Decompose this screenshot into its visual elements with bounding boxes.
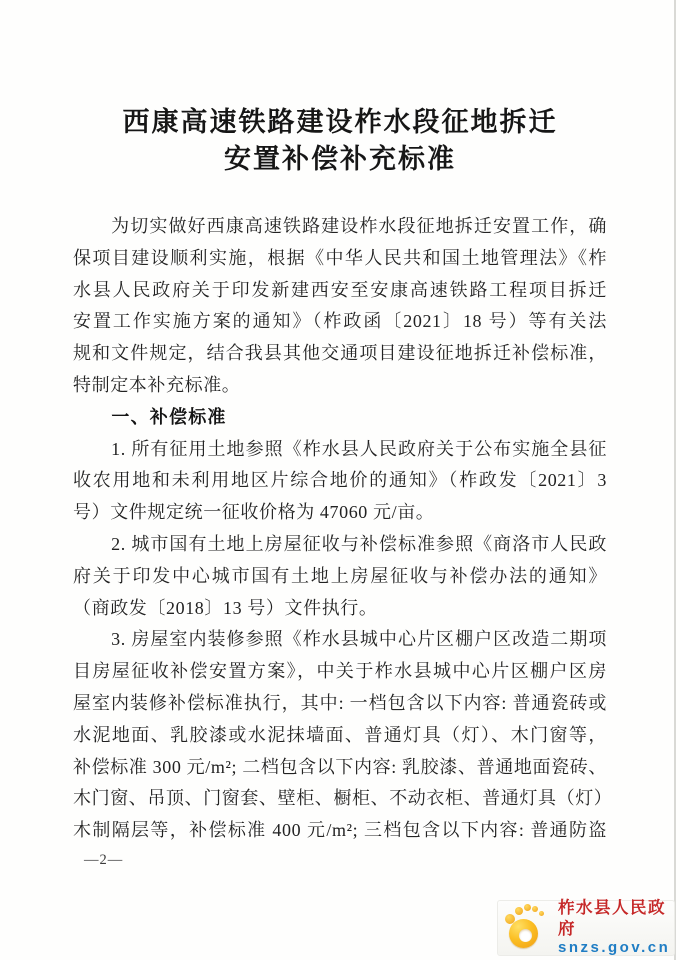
scanned-document-page: 西康高速铁路建设柞水段征地拆迁安置补偿补充标准 为切实做好西康高速铁路建设柞水段… (0, 0, 680, 960)
body-line: 一、补偿标准 (73, 402, 607, 434)
body-line: 保项目建设顺利实施，根据《中华人民共和国土地管理法》《柞 (73, 243, 607, 275)
body-line: 规和文件规定，结合我县其他交通项目建设征地拆迁补偿标准， (73, 338, 607, 370)
document-title-line: 安置补偿补充标准 (60, 141, 620, 178)
body-line: 号）文件规定统一征收价格为 47060 元/亩。 (73, 497, 607, 529)
body-line: 木门窗、吊顶、门窗套、壁柜、橱柜、不动衣柜、普通灯具（灯） (73, 783, 607, 815)
government-site-watermark: 柞水县人民政府 snzs.gov.cn (497, 900, 675, 956)
body-line: 安置工作实施方案的通知》（柞政函〔2021〕18 号）等有关法 (73, 306, 607, 338)
body-line: 目房屋征收补偿安置方案》，中关于柞水县城中心片区棚户区房 (73, 656, 607, 688)
scan-page-edge-line (674, 0, 676, 960)
watermark-texts: 柞水县人民政府 snzs.gov.cn (558, 898, 670, 958)
footprint-icon (505, 904, 549, 952)
body-line: 木制隔层等，补偿标准 400 元/m²; 三档包含以下内容: 普通防盗 (73, 815, 607, 847)
body-line: 1. 所有征用土地参照《柞水县人民政府关于公布实施全县征 (73, 434, 607, 466)
document-title-line: 西康高速铁路建设柞水段征地拆迁 (60, 104, 620, 141)
body-line: 水县人民政府关于印发新建西安至安康高速铁路工程项目拆迁 (73, 275, 607, 307)
site-name: 柞水县人民政府 (558, 898, 670, 939)
document-title: 西康高速铁路建设柞水段征地拆迁安置补偿补充标准 (60, 104, 620, 178)
document-body: 为切实做好西康高速铁路建设柞水段征地拆迁安置工作，确保项目建设顺利实施，根据《中… (73, 211, 607, 847)
body-line: 特制定本补充标准。 (73, 370, 607, 402)
body-line: 府关于印发中心城市国有土地上房屋征收与补偿办法的通知》 (73, 561, 607, 593)
site-url: snzs.gov.cn (558, 939, 670, 958)
body-line: 补偿标准 300 元/m²; 二档包含以下内容: 乳胶漆、普通地面瓷砖、 (73, 752, 607, 784)
page-number: —2— (84, 852, 123, 869)
body-line: 2. 城市国有土地上房屋征收与补偿标准参照《商洛市人民政 (73, 529, 607, 561)
body-line: 收农用地和未利用地区片综合地价的通知》（柞政发〔2021〕3 (73, 465, 607, 497)
body-line: 3. 房屋室内装修参照《柞水县城中心片区棚户区改造二期项 (73, 624, 607, 656)
body-line: 为切实做好西康高速铁路建设柞水段征地拆迁安置工作，确 (73, 211, 607, 243)
body-line: （商政发〔2018〕13 号）文件执行。 (73, 593, 607, 625)
body-line: 屋室内装修补偿标准执行，其中: 一档包含以下内容: 普通瓷砖或 (73, 688, 607, 720)
body-line: 水泥地面、乳胶漆或水泥抹墙面、普通灯具（灯）、木门窗等， (73, 720, 607, 752)
